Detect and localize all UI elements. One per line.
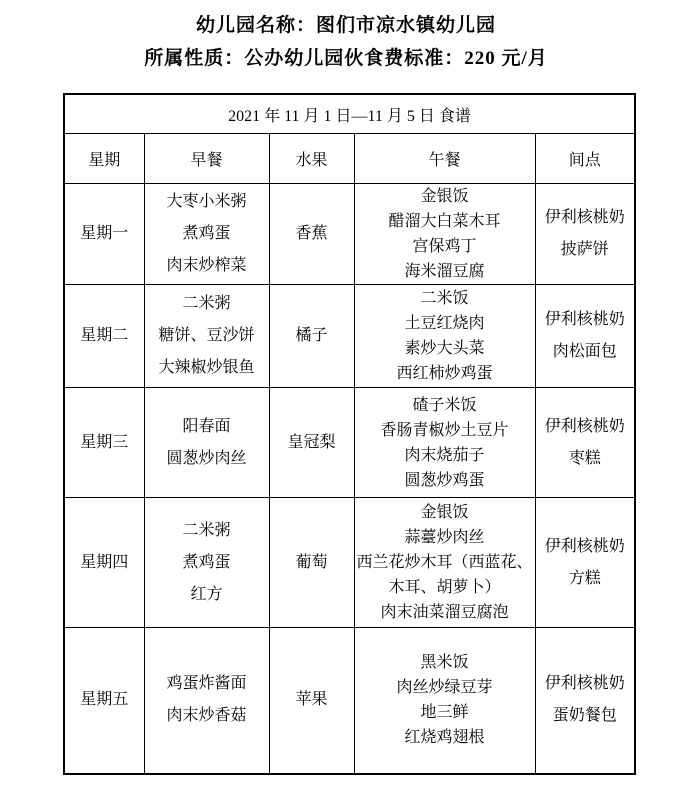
menu-item-line: 红烧鸡翅根 [355,725,535,750]
table-row: 星期一大枣小米粥煮鸡蛋肉末炒榨菜香蕉金银饭醋溜大白菜木耳宫保鸡丁海米溜豆腐伊利核… [64,184,635,285]
menu-item-line: 黑米饭 [355,650,535,675]
menu-item-line: 二米粥 [145,515,269,547]
menu-item-line: 土豆红烧肉 [355,311,535,336]
menu-item-line: 披萨饼 [536,234,635,266]
breakfast-cell: 二米粥糖饼、豆沙饼大辣椒炒银鱼 [144,285,269,388]
breakfast-cell: 阳春面圆葱炒肉丝 [144,388,269,498]
table-row: 星期五鸡蛋炸酱面肉末炒香菇苹果黑米饭肉丝炒绿豆芽地三鲜红烧鸡翅根伊利核桃奶蛋奶餐… [64,628,635,774]
menu-item-line: 木耳、胡萝卜） [355,575,535,600]
menu-item-line: 金银饭 [355,500,535,525]
menu-item-line: 星期五 [65,684,144,716]
menu-item-line: 伊利核桃奶 [536,411,635,443]
menu-item-line: 肉松面包 [536,336,635,368]
snack-cell: 伊利核桃奶披萨饼 [535,184,635,285]
menu-item-line: 肉丝炒绿豆芽 [355,675,535,700]
menu-item-line: 二米粥 [145,288,269,320]
menu-item-line: 鸡蛋炸酱面 [145,668,269,700]
menu-item-line: 肉末油菜溜豆腐泡 [355,600,535,625]
table-row: 星期四二米粥煮鸡蛋红方葡萄金银饭蒜薹炒肉丝西兰花炒木耳（西蓝花、木耳、胡萝卜）肉… [64,498,635,628]
breakfast-cell: 大枣小米粥煮鸡蛋肉末炒榨菜 [144,184,269,285]
column-header-day: 星期 [64,134,144,184]
menu-item-line: 香蕉 [270,218,354,250]
menu-item-line: 地三鲜 [355,700,535,725]
menu-item-line: 醋溜大白菜木耳 [355,209,535,234]
menu-item-line: 煮鸡蛋 [145,218,269,250]
menu-item-line: 肉末炒榨菜 [145,250,269,282]
fruit-cell: 香蕉 [269,184,354,285]
day-cell: 星期三 [64,388,144,498]
menu-item-line: 香肠青椒炒土豆片 [355,418,535,443]
menu-item-line: 伊利核桃奶 [536,531,635,563]
menu-item-line: 西兰花炒木耳（西蓝花、 [355,550,535,575]
menu-item-line: 宫保鸡丁 [355,234,535,259]
menu-item-line: 皇冠梨 [270,427,354,459]
menu-item-line: 圆葱炒鸡蛋 [355,468,535,493]
menu-item-line: 阳春面 [145,411,269,443]
menu-item-line: 西红柿炒鸡蛋 [355,361,535,386]
menu-item-line: 星期四 [65,547,144,579]
breakfast-cell: 鸡蛋炸酱面肉末炒香菇 [144,628,269,774]
menu-item-line: 金银饭 [355,184,535,209]
column-header-fruit: 水果 [269,134,354,184]
menu-item-line: 伊利核桃奶 [536,668,635,700]
menu-item-line: 肉末炒香菇 [145,700,269,732]
menu-item-line: 橘子 [270,320,354,352]
lunch-cell: 黑米饭肉丝炒绿豆芽地三鲜红烧鸡翅根 [354,628,535,774]
snack-cell: 伊利核桃奶枣糕 [535,388,635,498]
day-cell: 星期一 [64,184,144,285]
day-cell: 星期五 [64,628,144,774]
document-page: 幼儿园名称：图们市凉水镇幼儿园 所属性质：公办幼儿园伙食费标准：220 元/月 … [0,0,692,787]
ownership-fee-line: 所属性质：公办幼儿园伙食费标准：220 元/月 [0,42,692,75]
menu-item-line: 海米溜豆腐 [355,259,535,284]
menu-item-line: 大辣椒炒银鱼 [145,352,269,384]
snack-cell: 伊利核桃奶方糕 [535,498,635,628]
lunch-cell: 金银饭蒜薹炒肉丝西兰花炒木耳（西蓝花、木耳、胡萝卜）肉末油菜溜豆腐泡 [354,498,535,628]
menu-item-line: 肉末烧茄子 [355,443,535,468]
menu-table-body: 星期一大枣小米粥煮鸡蛋肉末炒榨菜香蕉金银饭醋溜大白菜木耳宫保鸡丁海米溜豆腐伊利核… [64,184,635,774]
day-cell: 星期四 [64,498,144,628]
menu-item-line: 星期三 [65,427,144,459]
menu-item-line: 糖饼、豆沙饼 [145,320,269,352]
menu-item-line: 苹果 [270,684,354,716]
menu-item-line: 大枣小米粥 [145,186,269,218]
menu-item-line: 伊利核桃奶 [536,304,635,336]
fruit-cell: 皇冠梨 [269,388,354,498]
menu-item-line: 蒜薹炒肉丝 [355,525,535,550]
menu-item-line: 星期二 [65,320,144,352]
menu-item-line: 煮鸡蛋 [145,547,269,579]
fruit-cell: 葡萄 [269,498,354,628]
lunch-cell: 碴子米饭香肠青椒炒土豆片肉末烧茄子圆葱炒鸡蛋 [354,388,535,498]
menu-item-line: 蛋奶餐包 [536,700,635,732]
menu-item-line: 伊利核桃奶 [536,202,635,234]
menu-item-line: 枣糕 [536,443,635,475]
column-header-snack: 间点 [535,134,635,184]
table-row: 星期三阳春面圆葱炒肉丝皇冠梨碴子米饭香肠青椒炒土豆片肉末烧茄子圆葱炒鸡蛋伊利核桃… [64,388,635,498]
menu-item-line: 圆葱炒肉丝 [145,443,269,475]
day-cell: 星期二 [64,285,144,388]
lunch-cell: 二米饭土豆红烧肉素炒大头菜西红柿炒鸡蛋 [354,285,535,388]
menu-item-line: 碴子米饭 [355,393,535,418]
kindergarten-name-line: 幼儿园名称：图们市凉水镇幼儿园 [0,9,692,42]
snack-cell: 伊利核桃奶肉松面包 [535,285,635,388]
menu-item-line: 二米饭 [355,286,535,311]
snack-cell: 伊利核桃奶蛋奶餐包 [535,628,635,774]
menu-item-line: 素炒大头菜 [355,336,535,361]
table-row: 星期二二米粥糖饼、豆沙饼大辣椒炒银鱼橘子二米饭土豆红烧肉素炒大头菜西红柿炒鸡蛋伊… [64,285,635,388]
column-header-row: 星期 早餐 水果 午餐 间点 [64,134,635,184]
menu-item-line: 星期一 [65,218,144,250]
document-header: 幼儿园名称：图们市凉水镇幼儿园 所属性质：公办幼儿园伙食费标准：220 元/月 [0,0,692,75]
fruit-cell: 苹果 [269,628,354,774]
menu-item-line: 红方 [145,579,269,611]
table-caption: 2021 年 11 月 1 日—11 月 5 日 食谱 [64,94,635,134]
menu-table: 2021 年 11 月 1 日—11 月 5 日 食谱 星期 早餐 水果 午餐 … [63,93,636,775]
menu-item-line: 葡萄 [270,547,354,579]
table-caption-row: 2021 年 11 月 1 日—11 月 5 日 食谱 [64,94,635,134]
column-header-lunch: 午餐 [354,134,535,184]
column-header-breakfast: 早餐 [144,134,269,184]
breakfast-cell: 二米粥煮鸡蛋红方 [144,498,269,628]
menu-item-line: 方糕 [536,563,635,595]
fruit-cell: 橘子 [269,285,354,388]
lunch-cell: 金银饭醋溜大白菜木耳宫保鸡丁海米溜豆腐 [354,184,535,285]
